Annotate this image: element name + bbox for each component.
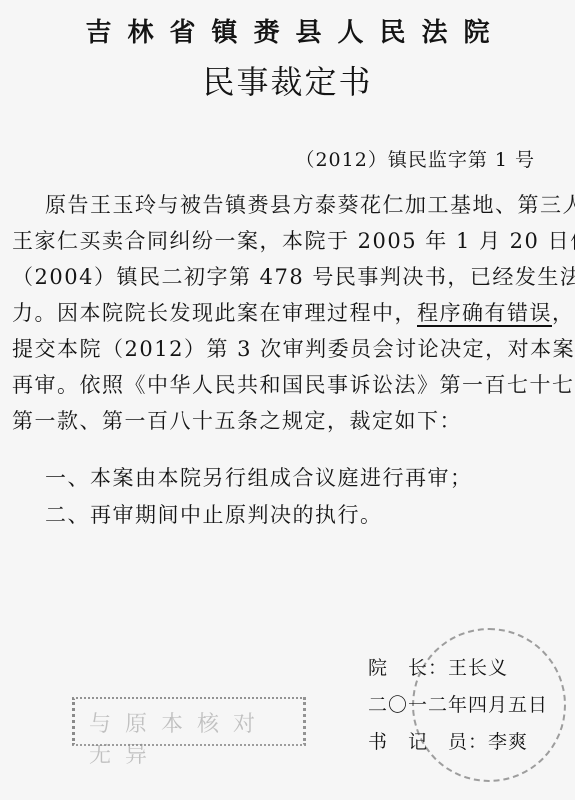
body-paragraph: 原告王玉玲与被告镇赉县方泰葵花仁加工基地、第三人 王家仁买卖合同纠纷一案，本院于…: [12, 187, 567, 439]
court-name: 吉林省镇赉县人民法院: [0, 12, 575, 49]
underlined-phrase: 程序确有错误: [417, 301, 552, 325]
ruling-item: 一、本案由本院另行组成合议庭进行再审；: [45, 460, 473, 497]
rulings-list: 一、本案由本院另行组成合议庭进行再审； 二、再审期间中止原判决的执行。: [45, 460, 473, 534]
president-label: 院 长：: [368, 657, 448, 679]
body-line-text: 力。因本院院长发现此案在审理过程中，: [12, 301, 417, 325]
body-line: 第一款、第一百八十五条之规定，裁定如下：: [12, 403, 567, 439]
signature-block: 院 长：王长义 二〇一二年四月五日 书 记 员：李爽: [368, 650, 548, 761]
clerk-name: 李爽: [488, 731, 528, 753]
stamp-text: 与原本核对无异: [89, 707, 303, 769]
document-title: 民事裁定书: [0, 57, 575, 103]
body-line: 提交本院（2012）第 3 次审判委员会讨论决定，对本案进行: [12, 331, 567, 367]
body-line-tail: ，故: [552, 301, 575, 325]
date-row: 二〇一二年四月五日: [368, 687, 548, 724]
body-line: 原告王玉玲与被告镇赉县方泰葵花仁加工基地、第三人: [12, 187, 567, 223]
body-line: （2004）镇民二初字第 478 号民事判决书，已经发生法律效: [12, 259, 567, 295]
body-line-with-underline: 力。因本院院长发现此案在审理过程中，程序确有错误，故: [12, 295, 567, 331]
body-line: 王家仁买卖合同纠纷一案，本院于 2005 年 1 月 20 日作出的: [12, 223, 567, 259]
verification-stamp-icon: 与原本核对无异: [72, 697, 306, 746]
case-number: （2012）镇民监字第 1 号: [295, 145, 535, 172]
clerk-label: 书 记 员：: [368, 731, 488, 753]
body-line: 再审。依照《中华人民共和国民事诉讼法》第一百七十七条: [12, 367, 567, 403]
president-name: 王长义: [448, 657, 508, 679]
ruling-item: 二、再审期间中止原判决的执行。: [45, 497, 473, 534]
president-row: 院 长：王长义: [368, 650, 548, 687]
clerk-row: 书 记 员：李爽: [368, 724, 548, 761]
